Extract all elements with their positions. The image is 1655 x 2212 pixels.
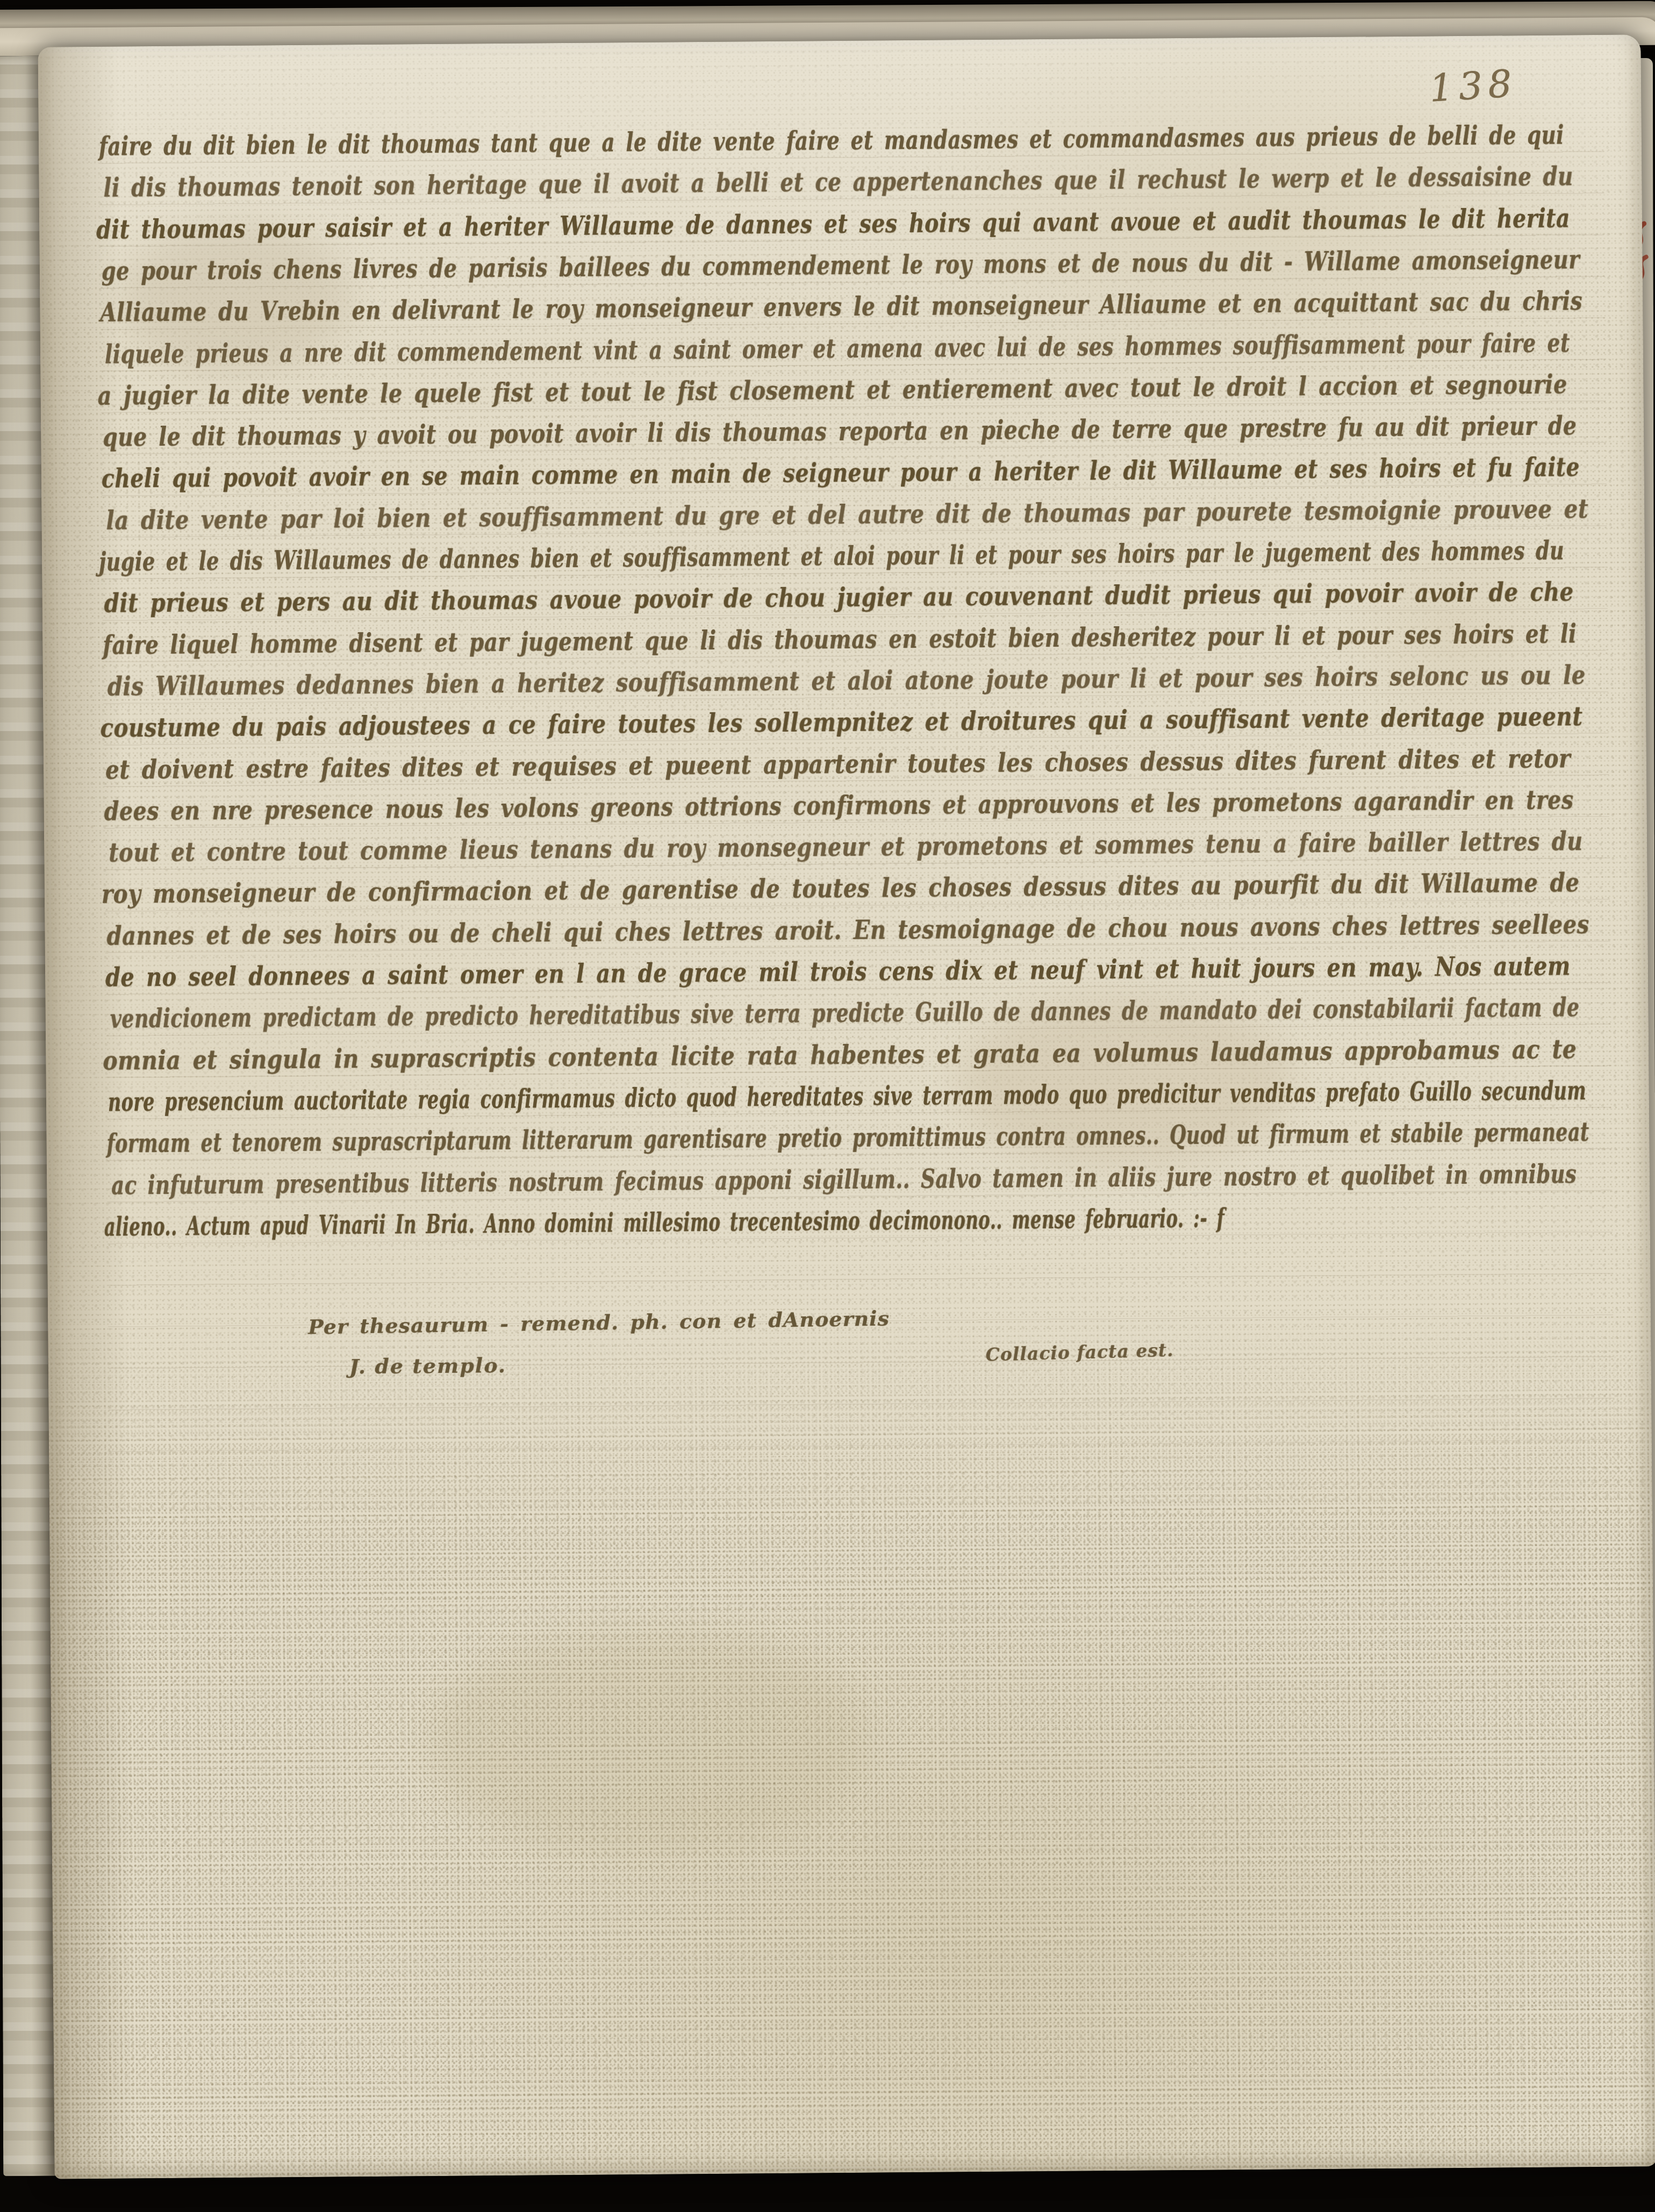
folio-number: 138 [1428, 61, 1518, 111]
manuscript-line: Alliaume du Vrebin en delivrant le roy m… [100, 286, 1582, 328]
manuscript-line: de no seel donnees a saint omer en l an … [105, 951, 1571, 992]
manuscript-line: roy monseigneur de confirmacion et de ga… [102, 868, 1580, 910]
manuscript-line: dit prieus et pers au dit thoumas avoue … [104, 577, 1574, 619]
manuscript-line: dees en nre presence nous les volons gre… [104, 785, 1573, 826]
manuscript-line: que le dit thoumas y avoit ou povoit avo… [103, 411, 1577, 453]
manuscript-line: la dite vente par loi bien et souffisamm… [106, 494, 1588, 536]
manuscript-line: alieno.. Actum apud Vinarii In Bria. Ann… [104, 1203, 1224, 1242]
manuscript-line: faire du dit bien le dit thoumas tant qu… [99, 120, 1564, 161]
manuscript-line: et doivent estre faites dites et requise… [105, 743, 1571, 785]
collation-note: Collacio facta est. [985, 1340, 1174, 1365]
manuscript-line: li dis thoumas tenoit son heritage que i… [103, 162, 1573, 203]
manuscript-line: dit thoumas pour saisir et a heriter Wil… [96, 203, 1570, 245]
manuscript-line: omnia et singula in suprascriptis conten… [103, 1034, 1577, 1076]
manuscript-line: faire liquel homme disent et par jugemen… [103, 619, 1577, 661]
manuscript-line: coustume du pais adjoustees a ce faire t… [100, 701, 1582, 743]
manuscript-line: ac infuturum presentibus litteris nostru… [111, 1159, 1577, 1200]
manuscript-line: dis Willaumes dedannes bien a heritez so… [108, 660, 1586, 702]
manuscript-line: liquele prieus a nre dit commendement vi… [105, 328, 1570, 369]
manuscript-line: jugie et le dis Willaumes de dannes bien… [99, 536, 1564, 577]
manuscript-line: nore presencium auctoritate regia confir… [108, 1076, 1587, 1118]
manuscript-line: ge pour trois chens livres de parisis ba… [102, 245, 1580, 287]
text-block: Per thesaurum - remend. ph. con et dAnoe… [99, 120, 1615, 1486]
registration-line: Per thesaurum - remend. ph. con et dAnoe… [308, 1306, 890, 1339]
parchment-page: 138 Per thesaurum - remend. ph. con et d… [38, 34, 1655, 2179]
manuscript-line: a jugier la dite vente le quele fist et … [97, 369, 1567, 411]
chancery-signature: J. de templo. [349, 1353, 507, 1378]
manuscript-photo: 138 Per thesaurum - remend. ph. con et d… [0, 0, 1655, 2212]
manuscript-line: formam et tenorem suprascriptarum litter… [106, 1117, 1589, 1159]
manuscript-line: dannes et de ses hoirs ou de cheli qui c… [106, 910, 1589, 951]
manuscript-line: cheli qui povoit avoir en se main comme … [102, 453, 1580, 495]
manuscript-line: tout et contre tout comme lieus tenans d… [109, 826, 1583, 868]
manuscript-line: vendicionem predictam de predicto heredi… [110, 993, 1579, 1034]
